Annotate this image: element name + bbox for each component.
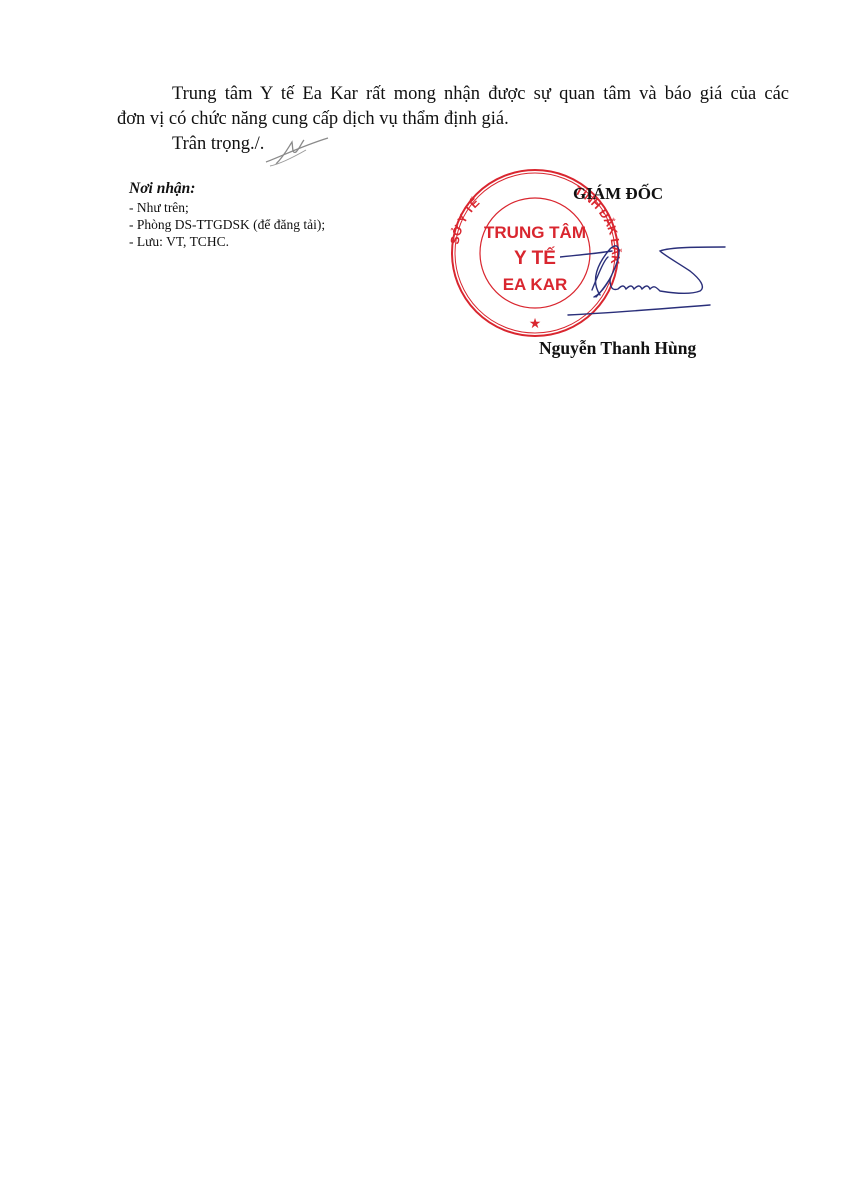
stamp-star-icon: ★ bbox=[529, 315, 542, 331]
signer-name: Nguyễn Thanh Hùng bbox=[539, 338, 696, 359]
stamp-ring-left: SỞ Y TẾ bbox=[448, 195, 482, 246]
svg-text:SỞ Y TẾ: SỞ Y TẾ bbox=[448, 195, 482, 246]
handwritten-signature-icon bbox=[560, 235, 730, 325]
body-paragraph-line-1: Trung tâm Y tế Ea Kar rất mong nhận được… bbox=[117, 82, 789, 107]
body-paragraph-line-2: đơn vị có chức năng cung cấp dịch vụ thẩ… bbox=[117, 107, 509, 132]
stamp-line-2: Y TẾ bbox=[514, 247, 556, 269]
initial-signature-icon bbox=[262, 134, 332, 168]
recipients-title: Nơi nhận: bbox=[129, 180, 195, 198]
recipient-item: - Phòng DS-TTGDSK (để đăng tải); bbox=[129, 217, 325, 233]
signer-title: GIÁM ĐỐC bbox=[573, 184, 663, 204]
recipient-item: - Lưu: VT, TCHC. bbox=[129, 234, 229, 250]
closing-text: Trân trọng./. bbox=[172, 132, 264, 157]
recipient-item: - Như trên; bbox=[129, 200, 189, 216]
stamp-line-3: EA KAR bbox=[503, 275, 568, 294]
